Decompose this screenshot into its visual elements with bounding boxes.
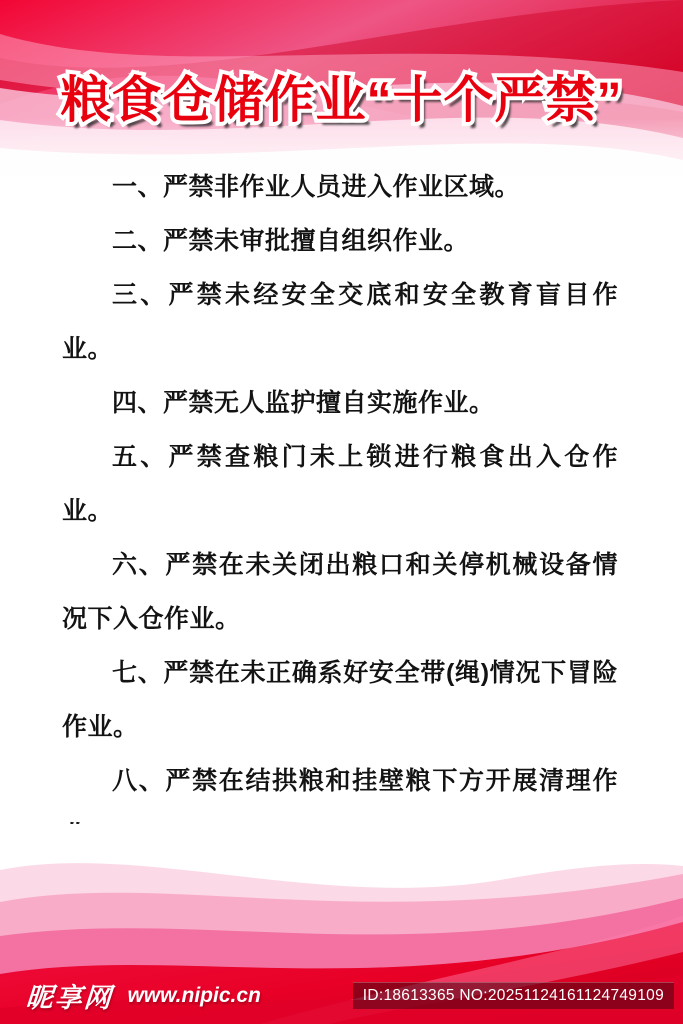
prohibition-item-4: 四、严禁无人监护擅自实施作业。 xyxy=(62,376,618,430)
prohibition-list: 一、严禁非作业人员进入作业区域。 二、严禁未审批擅自组织作业。 三、严禁未经安全… xyxy=(62,160,618,1024)
prohibition-item-9: 九、严禁暴力敲打撞击或违规拆除粮面以下挡粮板(门)。 xyxy=(62,862,618,970)
prohibition-item-2: 二、严禁未审批擅自组织作业。 xyxy=(62,214,618,268)
watermark-footer: 昵享网 www.nipic.cn ID:18613365 NO:20251124… xyxy=(0,975,683,1024)
prohibition-item-3: 三、严禁未经安全交底和安全教育盲目作业。 xyxy=(62,268,618,376)
site-url: www.nipic.cn xyxy=(127,984,260,1008)
prohibition-item-1: 一、严禁非作业人员进入作业区域。 xyxy=(62,160,618,214)
prohibition-item-5: 五、严禁查粮门未上锁进行粮食出入仓作业。 xyxy=(62,430,618,538)
site-name: 昵享网 xyxy=(25,976,115,1015)
nipic-logo: 昵享网 www.nipic.cn xyxy=(26,976,261,1015)
prohibition-item-6: 六、严禁在未关闭出粮口和关停机械设备情况下入仓作业。 xyxy=(62,538,618,646)
poster-title: 粮食仓储作业“十个严禁” 粮食仓储作业“十个严禁” xyxy=(0,64,683,136)
image-id-badge: ID:18613365 NO:20251124161124749109 xyxy=(353,982,674,1009)
prohibition-item-7: 七、严禁在未正确系好安全带(绳)情况下冒险作业。 xyxy=(62,646,618,754)
prohibition-item-8: 八、严禁在结拱粮和挂壁粮下方开展清理作业。 xyxy=(62,754,618,862)
poster-title-text: 粮食仓储作业“十个严禁” xyxy=(61,72,623,128)
poster: 粮食仓储作业“十个严禁” 粮食仓储作业“十个严禁” 一、严禁非作业人员进入作业区… xyxy=(0,0,683,1024)
